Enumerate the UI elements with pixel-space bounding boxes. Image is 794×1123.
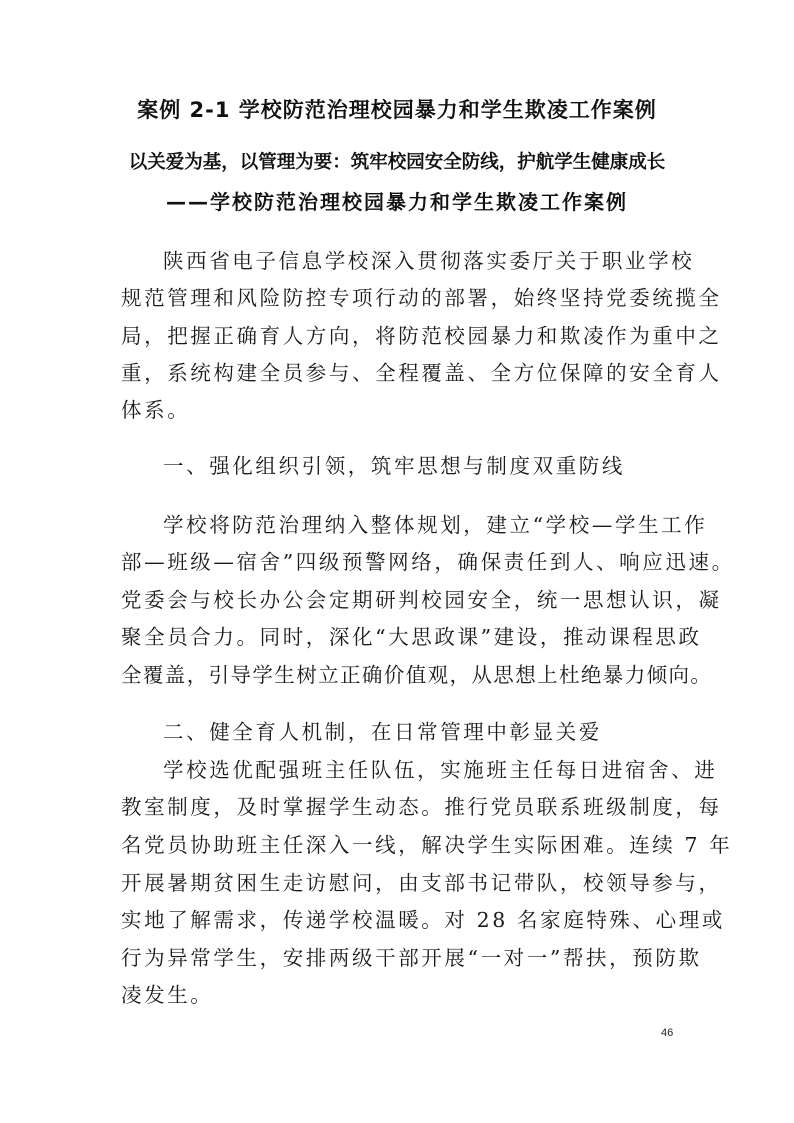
section-heading-2: 二、健全育人机制，在日常管理中彰显关爱	[163, 719, 723, 745]
paragraph-line: 行为异常学生，安排两级干部开展“一对一”帮扶，预防欺	[121, 945, 681, 971]
paragraph-line: 体系。	[121, 397, 681, 423]
paragraph-line: 学校将防范治理纳入整体规划，建立“学校—学生工作	[163, 512, 723, 538]
paragraph-line: 聚全员合力。同时，深化“大思政课”建设，推动课程思政	[121, 624, 681, 650]
subtitle-main: 以关爱为基，以管理为要：筑牢校园安全防线，护航学生健康成长	[0, 148, 794, 174]
paragraph-line: 凌发生。	[121, 982, 681, 1008]
paragraph-line: 教室制度，及时掌握学生动态。推行党员联系班级制度，每	[121, 794, 681, 820]
paragraph-line: 重，系统构建全员参与、全程覆盖、全方位保障的安全育人	[121, 360, 681, 386]
paragraph-line: 陕西省电子信息学校深入贯彻落实委厅关于职业学校	[163, 248, 723, 274]
paragraph-line: 全覆盖，引导学生树立正确价值观，从思想上杜绝暴力倾向。	[121, 662, 681, 688]
page-number: 46	[661, 1027, 673, 1039]
subtitle-secondary: ——学校防范治理校园暴力和学生欺凌工作案例	[0, 186, 794, 215]
case-title: 案例 2-1 学校防范治理校园暴力和学生欺凌工作案例	[0, 94, 794, 124]
paragraph-line: 开展暑期贫困生走访慰问，由支部书记带队，校领导参与，	[121, 870, 681, 896]
paragraph-line: 名党员协助班主任深入一线，解决学生实际困难。连续 7 年	[121, 832, 681, 858]
paragraph-line: 部—班级—宿舍”四级预警网络，确保责任到人、响应迅速。	[121, 549, 681, 575]
section-heading-1: 一、强化组织引领，筑牢思想与制度双重防线	[163, 453, 723, 479]
paragraph-line: 实地了解需求，传递学校温暖。对 28 名家庭特殊、心理或	[121, 907, 681, 933]
document-page: 案例 2-1 学校防范治理校园暴力和学生欺凌工作案例 以关爱为基，以管理为要：筑…	[0, 0, 794, 1123]
paragraph-line: 学校选优配强班主任队伍，实施班主任每日进宿舍、进	[163, 757, 723, 783]
paragraph-line: 局，把握正确育人方向，将防范校园暴力和欺凌作为重中之	[121, 323, 681, 349]
paragraph-line: 党委会与校长办公会定期研判校园安全，统一思想认识，凝	[121, 587, 681, 613]
paragraph-line: 规范管理和风险防控专项行动的部署，始终坚持党委统揽全	[121, 285, 681, 311]
